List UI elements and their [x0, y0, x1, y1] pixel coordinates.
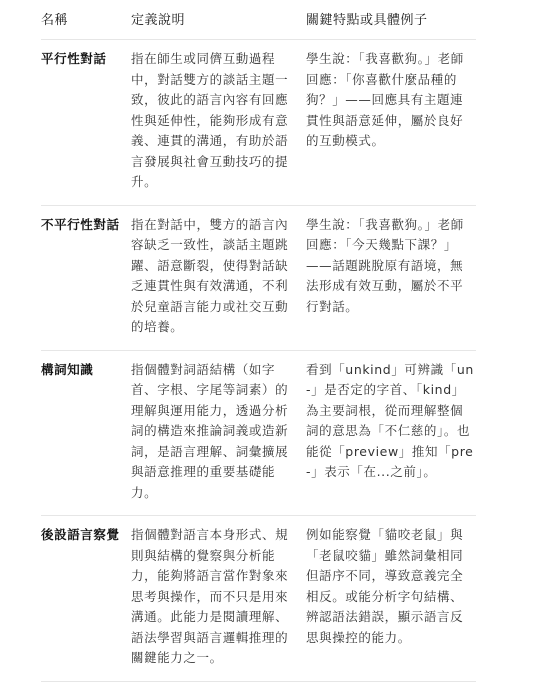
definition-text: 指個體對語言本身形式、規則與結構的覺察與分析能力，能夠將語言當作對象來思考與操作… [131, 525, 292, 600]
example-text: 學生說：「我喜歡狗。」老師回應：「你喜歡什麼品種的狗？」——回應具有主題連貫性與… [306, 49, 476, 152]
table-row: 平行性對話 指在師生或同儕互動過程中，對話雙方的談話主題一致，彼此的語言內容有回… [41, 40, 476, 206]
row-name: 平行性對話 [41, 40, 131, 206]
row-example: 學生說：「我喜歡狗。」老師回應：「今天幾點下課？」——話題跳脫原有語境，無法形成… [306, 205, 476, 350]
row-example: 例如能察覺「貓咬老鼠」與「老鼠咬貓」雖然詞彙相同但語序不同，導致意義完全相反。或… [306, 516, 476, 601]
row-definition: 指在對話中，雙方的語言內容缺乏一致性，談話主題跳躍、語意斷裂，使得對話缺乏連貫性… [131, 205, 306, 350]
definitions-table: 名稱 定義說明 關鍵特點或具體例子 平行性對話 指在師生或同儕互動過程中，對話雙… [41, 0, 476, 600]
table-row: 不平行性對話 指在對話中，雙方的語言內容缺乏一致性，談話主題跳躍、語意斷裂，使得… [41, 205, 476, 350]
header-definition: 定義說明 [131, 0, 306, 40]
definition-text: 指個體對詞語結構（如字首、字根、字尾等詞素）的理解與運用能力，透過分析詞的構造來… [131, 360, 292, 504]
example-text: 學生說：「我喜歡狗。」老師回應：「今天幾點下課？」——話題跳脫原有語境，無法形成… [306, 215, 476, 318]
row-name: 不平行性對話 [41, 205, 131, 350]
table-header-row: 名稱 定義說明 關鍵特點或具體例子 [41, 0, 476, 40]
row-definition: 指個體對語言本身形式、規則與結構的覺察與分析能力，能夠將語言當作對象來思考與操作… [131, 516, 306, 601]
row-definition: 指個體對詞語結構（如字首、字根、字尾等詞素）的理解與運用能力，透過分析詞的構造來… [131, 350, 306, 516]
example-text: 例如能察覺「貓咬老鼠」與「老鼠咬貓」雖然詞彙相同但語序不同，導致意義完全相反。或… [306, 525, 476, 600]
row-example: 看到「unkind」可辨識「un-」是否定的字首、「kind」為主要詞根，從而理… [306, 350, 476, 516]
row-name: 後設語言察覺 [41, 516, 131, 601]
header-example: 關鍵特點或具體例子 [306, 0, 476, 40]
definition-text: 指在對話中，雙方的語言內容缺乏一致性，談話主題跳躍、語意斷裂，使得對話缺乏連貫性… [131, 215, 292, 338]
table-row: 後設語言察覺 指個體對語言本身形式、規則與結構的覺察與分析能力，能夠將語言當作對… [41, 516, 476, 601]
row-example: 學生說：「我喜歡狗。」老師回應：「你喜歡什麼品種的狗？」——回應具有主題連貫性與… [306, 40, 476, 206]
header-name: 名稱 [41, 0, 131, 40]
row-definition: 指在師生或同儕互動過程中，對話雙方的談話主題一致，彼此的語言內容有回應性與延伸性… [131, 40, 306, 206]
example-text: 看到「unkind」可辨識「un-」是否定的字首、「kind」為主要詞根，從而理… [306, 360, 476, 483]
table-row: 構詞知識 指個體對詞語結構（如字首、字根、字尾等詞素）的理解與運用能力，透過分析… [41, 350, 476, 516]
row-name: 構詞知識 [41, 350, 131, 516]
definition-text: 指在師生或同儕互動過程中，對話雙方的談話主題一致，彼此的語言內容有回應性與延伸性… [131, 49, 292, 193]
definitions-table-container: 名稱 定義說明 關鍵特點或具體例子 平行性對話 指在師生或同儕互動過程中，對話雙… [41, 0, 476, 600]
